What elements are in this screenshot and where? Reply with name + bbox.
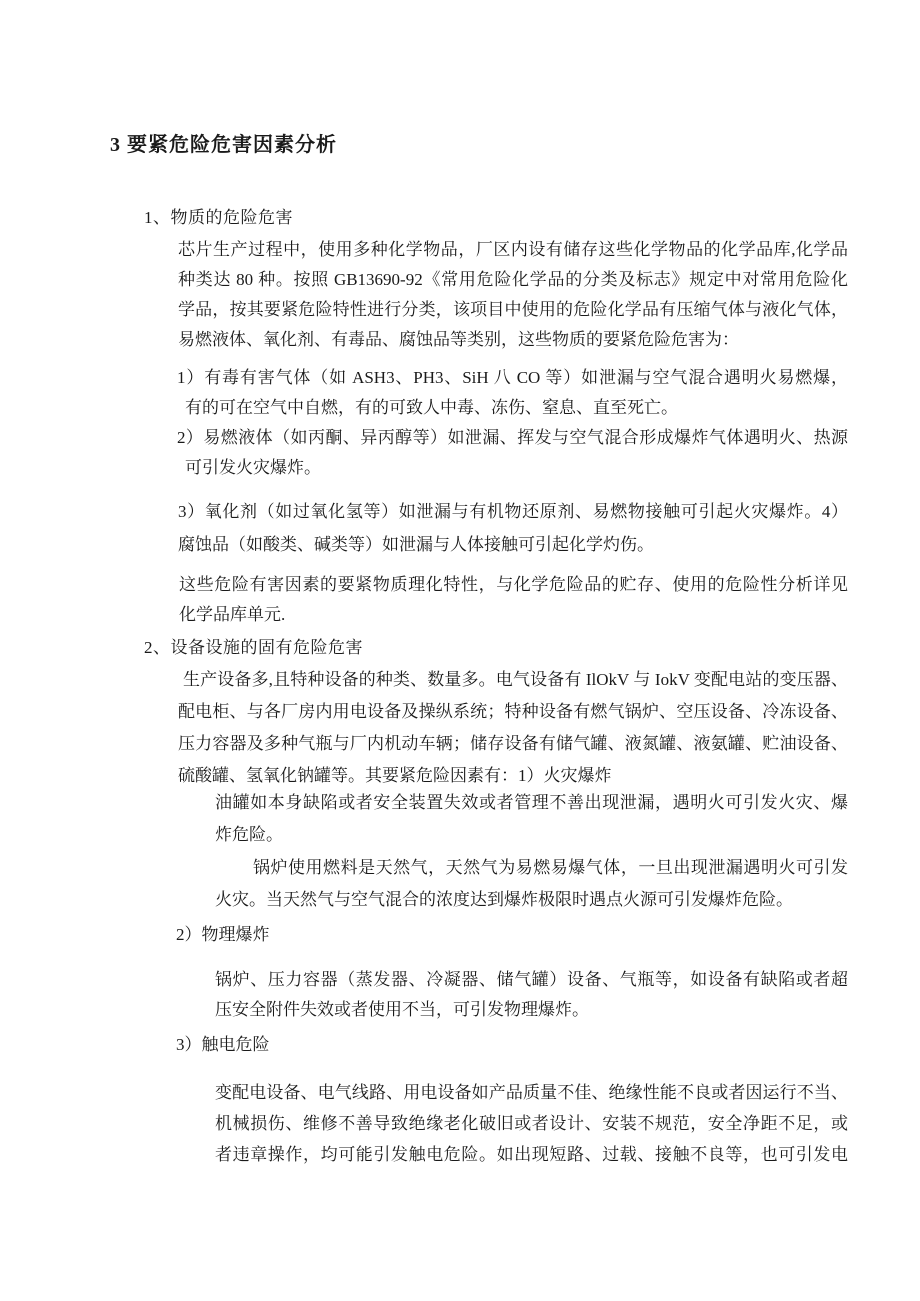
paragraph-electrical: 变配电设备、电气线路、用电设备如产品质量不佳、绝缘性能不良或者因运行不当、 机械… [215,1077,848,1170]
paragraph-pressure-vessel: 锅炉、压力容器（蒸发器、冷凝器、储气罐）设备、气瓶等，如设备有缺陷或者超 压安全… [215,965,848,1025]
paragraph-boiler-gas: 锅炉使用燃料是天然气，天然气为易燃易爆气体，一旦出现泄漏遇明火可引发 火灾。当天… [215,852,848,916]
paragraph-line: 火灾。当天然气与空气混合的浓度达到爆炸极限时遇点火源可引发爆炸危险。 [215,884,848,916]
paragraph-line: 学品，按其要紧危险特性进行分类，该项目中使用的危险化学品有压缩气体与液化气体， [178,295,848,325]
document-page: 3 要紧危险危害因素分析 1、物质的危险危害 芯片生产过程中，使用多种化学物品，… [0,0,920,1301]
paragraph-line: 锅炉、压力容器（蒸发器、冷凝器、储气罐）设备、气瓶等，如设备有缺陷或者超 [215,965,848,995]
list-item-line: 3）氧化剂（如过氧化氢等）如泄漏与有机物还原剂、易燃物接触可引起火灾爆炸。4） [178,495,848,528]
paragraph-line: 配电柜、与各厂房内用电设备及操纵系统；特种设备有燃气锅炉、空压设备、冷冻设备、 [178,696,848,728]
paragraph-line: 压力容器及多种气瓶与厂内机动车辆；储存设备有储气罐、液氮罐、液氨罐、贮油设备、 [178,728,848,760]
paragraph-line: 这些危险有害因素的要紧物质理化特性，与化学危险品的贮存、使用的危险性分析详见 [179,570,848,600]
paragraph-line: 种类达 80 种。按照 GB13690-92《常用危险化学品的分类及标志》规定中… [178,265,848,295]
item2-heading: 2、设备设施的固有危险危害 [144,633,363,663]
paragraph-line: 锅炉使用燃料是天然气，天然气为易燃易爆气体，一旦出现泄漏遇明火可引发 [215,852,848,884]
list-item-line: 2）易燃液体（如丙酮、异丙醇等）如泄漏、挥发与空气混合形成爆炸气体遇明火、热源 [177,423,848,453]
paragraph-line: 变配电设备、电气线路、用电设备如产品质量不佳、绝缘性能不良或者因运行不当、 [215,1077,848,1108]
item1-heading: 1、物质的危险危害 [144,203,293,233]
paragraph-chemicals: 芯片生产过程中，使用多种化学物品，厂区内设有储存这些化学物品的化学品库,化学品 … [178,235,848,355]
paragraph-line: 炸危险。 [215,819,848,851]
list-item-flammable-liquid: 2）易燃液体（如丙酮、异丙醇等）如泄漏、挥发与空气混合形成爆炸气体遇明火、热源 … [177,423,848,483]
sub-item-physical-explosion: 2）物理爆炸 [176,920,270,950]
list-item-line: 有的可在空气中自燃，有的可致人中毒、冻伤、窒息、直至死亡。 [177,393,848,423]
paragraph-line: 生产设备多,且特种设备的种类、数量多。电气设备有 IlOkV 与 IokV 变配… [178,664,848,696]
list-item-toxic-gas: 1）有毒有害气体（如 ASH3、PH3、SiH 八 CO 等）如泄漏与空气混合遇… [177,363,848,423]
paragraph-equipment: 生产设备多,且特种设备的种类、数量多。电气设备有 IlOkV 与 IokV 变配… [178,664,848,792]
paragraph-line: 芯片生产过程中，使用多种化学物品，厂区内设有储存这些化学物品的化学品库,化学品 [178,235,848,265]
paragraph-summary: 这些危险有害因素的要紧物质理化特性，与化学危险品的贮存、使用的危险性分析详见 化… [179,570,848,630]
paragraph-line: 油罐如本身缺陷或者安全装置失效或者管理不善出现泄漏，遇明火可引发火灾、爆 [215,787,848,819]
paragraph-line: 易燃液体、氧化剂、有毒品、腐蚀品等类别，这些物质的要紧危险危害为： [178,325,848,355]
paragraph-line: 压安全附件失效或者使用不当，可引发物理爆炸。 [215,995,848,1025]
list-item-line: 可引发火灾爆炸。 [177,453,848,483]
list-item-line: 腐蚀品（如酸类、碱类等）如泄漏与人体接触可引起化学灼伤。 [178,528,848,561]
paragraph-line: 者违章操作，均可能引发触电危险。如出现短路、过载、接触不良等，也可引发电 [215,1139,848,1170]
list-item-oxidizer-corrosive: 3）氧化剂（如过氧化氢等）如泄漏与有机物还原剂、易燃物接触可引起火灾爆炸。4） … [178,495,848,561]
paragraph-line: 化学品库单元. [179,600,848,630]
paragraph-line: 机械损伤、维修不善导致绝缘老化破旧或者设计、安装不规范，安全净距不足，或 [215,1108,848,1139]
list-item-line: 1）有毒有害气体（如 ASH3、PH3、SiH 八 CO 等）如泄漏与空气混合遇… [177,363,848,393]
paragraph-oil-tank: 油罐如本身缺陷或者安全装置失效或者管理不善出现泄漏，遇明火可引发火灾、爆 炸危险… [215,787,848,851]
document-title: 3 要紧危险危害因素分析 [110,130,337,160]
sub-item-electric-shock: 3）触电危险 [176,1030,270,1060]
